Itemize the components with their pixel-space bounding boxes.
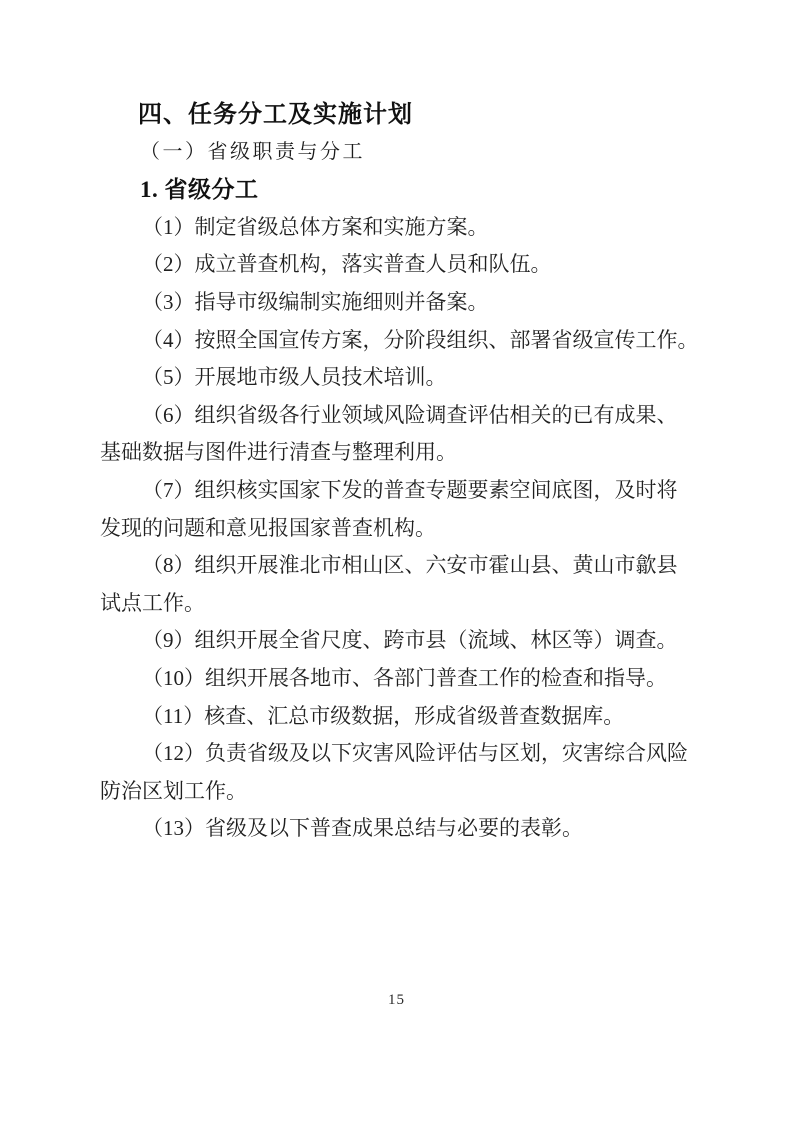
paragraph-line: （6）组织省级各行业领域风险调查评估相关的已有成果、 — [100, 397, 760, 435]
paragraph-line: 发现的问题和意见报国家普查机构。 — [100, 510, 760, 548]
paragraph-line: 防治区划工作。 — [100, 773, 760, 811]
paragraph-line: 基础数据与图件进行清查与整理利用。 — [100, 434, 760, 472]
paragraph-line: （9）组织开展全省尺度、跨市县（流域、林区等）调查。 — [100, 622, 760, 660]
paragraph-line: （4）按照全国宣传方案，分阶段组织、部署省级宣传工作。 — [100, 322, 760, 360]
paragraph-line: （12）负责省级及以下灾害风险评估与区划，灾害综合风险 — [100, 735, 760, 773]
paragraph-line: （10）组织开展各地市、各部门普查工作的检查和指导。 — [100, 660, 760, 698]
paragraph-line: （11）核查、汇总市级数据，形成省级普查数据库。 — [100, 698, 760, 736]
paragraph-line: 试点工作。 — [100, 585, 760, 623]
paragraph-line: （3）指导市级编制实施细则并备案。 — [100, 284, 760, 322]
document-page: 四、任务分工及实施计划（一）省级职责与分工1. 省级分工（1）制定省级总体方案和… — [0, 0, 793, 1122]
body-text: 四、任务分工及实施计划（一）省级职责与分工1. 省级分工（1）制定省级总体方案和… — [100, 96, 760, 848]
paragraph-line: （2）成立普查机构，落实普查人员和队伍。 — [100, 246, 760, 284]
subsection-heading: （一）省级职责与分工 — [100, 134, 760, 172]
page-number: 15 — [0, 992, 793, 1009]
paragraph-line: （8）组织开展淮北市相山区、六安市霍山县、黄山市歙县 — [100, 547, 760, 585]
paragraph-line: （7）组织核实国家下发的普查专题要素空间底图，及时将 — [100, 472, 760, 510]
paragraph-line: （13）省级及以下普查成果总结与必要的表彰。 — [100, 810, 760, 848]
numbered-heading: 1. 省级分工 — [100, 171, 760, 209]
section-heading: 四、任务分工及实施计划 — [100, 96, 760, 134]
paragraph-line: （5）开展地市级人员技术培训。 — [100, 359, 760, 397]
paragraph-line: （1）制定省级总体方案和实施方案。 — [100, 209, 760, 247]
